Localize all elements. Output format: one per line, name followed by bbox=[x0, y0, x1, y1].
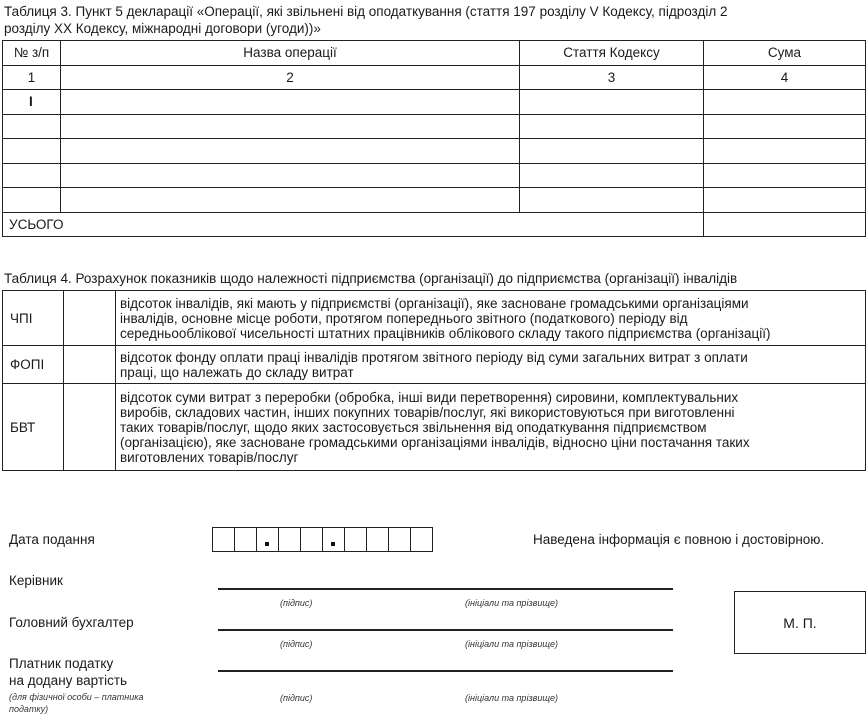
table3-caption-text: . Пункт 5 декларації «Операції, які звіл… bbox=[68, 4, 727, 19]
signatory-role-taxpayer-line1: Платник податку bbox=[9, 656, 113, 671]
indicator-code: ЧПІ bbox=[3, 291, 64, 346]
table-row: I bbox=[3, 90, 866, 115]
table4-caption: Таблиця 4. Розрахунок показників щодо на… bbox=[4, 270, 737, 287]
date-input-grid bbox=[212, 527, 433, 552]
date-cell[interactable] bbox=[301, 528, 323, 551]
description-line: (організацією), яке засноване громадськи… bbox=[120, 435, 865, 450]
cell-number[interactable] bbox=[3, 163, 61, 188]
header-amount: Сума bbox=[704, 41, 866, 66]
cell-operation-name[interactable] bbox=[61, 90, 520, 115]
total-amount[interactable] bbox=[704, 212, 866, 237]
date-cell[interactable] bbox=[345, 528, 367, 551]
name-hint: (ініціали та прізвище) bbox=[465, 693, 558, 703]
cell-code-article[interactable] bbox=[520, 139, 704, 164]
cell-amount[interactable] bbox=[704, 188, 866, 213]
name-hint: (ініціали та прізвище) bbox=[465, 639, 558, 649]
accuracy-statement: Наведена інформація є повною і достовірн… bbox=[533, 532, 824, 547]
table-row bbox=[3, 163, 866, 188]
cell-amount[interactable] bbox=[704, 163, 866, 188]
table4: ЧПІ відсоток інвалідів, які мають у підп… bbox=[2, 290, 866, 471]
indicator-description: відсоток фонду оплати праці інвалідів пр… bbox=[116, 346, 866, 384]
cell-operation-name[interactable] bbox=[61, 188, 520, 213]
taxpayer-note-line2: податку) bbox=[9, 704, 48, 714]
signature-line-director[interactable] bbox=[218, 588, 673, 590]
date-cell[interactable] bbox=[213, 528, 235, 551]
cell-code-article[interactable] bbox=[520, 90, 704, 115]
date-cell[interactable] bbox=[411, 528, 433, 551]
column-number-4: 4 bbox=[704, 65, 866, 90]
table3-column-numbers-row: 1 2 3 4 bbox=[3, 65, 866, 90]
date-cell[interactable] bbox=[389, 528, 411, 551]
description-line: таких товарів/послуг, щодо яких застосов… bbox=[120, 420, 865, 435]
signature-hint: (підпис) bbox=[280, 598, 312, 608]
signature-line-accountant[interactable] bbox=[218, 629, 673, 631]
header-number: № з/п bbox=[3, 41, 61, 66]
cell-amount[interactable] bbox=[704, 114, 866, 139]
table3-total-row: УСЬОГО bbox=[3, 212, 866, 237]
table3-caption-line2: розділу XX Кодексу, міжнародні договори … bbox=[4, 20, 321, 37]
signatory-role-accountant: Головний бухгалтер bbox=[9, 615, 134, 630]
cell-operation-name[interactable] bbox=[61, 114, 520, 139]
description-line: відсоток фонду оплати праці інвалідів пр… bbox=[120, 350, 865, 365]
column-number-3: 3 bbox=[520, 65, 704, 90]
cell-operation-name[interactable] bbox=[61, 139, 520, 164]
total-label: УСЬОГО bbox=[3, 212, 704, 237]
description-line: відсоток суми витрат з переробки (обробк… bbox=[120, 390, 865, 405]
table3-caption-prefix: Таблиця 3 bbox=[4, 4, 68, 19]
cell-code-article[interactable] bbox=[520, 114, 704, 139]
description-line: праці, що належать до складу витрат bbox=[120, 365, 865, 380]
table3-header-row: № з/п Назва операції Стаття Кодексу Сума bbox=[3, 41, 866, 66]
signatory-role-director: Керівник bbox=[9, 573, 63, 588]
indicator-value[interactable] bbox=[64, 291, 116, 346]
date-cell[interactable] bbox=[367, 528, 389, 551]
dot-separator-icon bbox=[331, 542, 335, 546]
cell-amount[interactable] bbox=[704, 139, 866, 164]
header-code-article: Стаття Кодексу bbox=[520, 41, 704, 66]
indicator-description: відсоток суми витрат з переробки (обробк… bbox=[116, 384, 866, 471]
signature-hint: (підпис) bbox=[280, 639, 312, 649]
cell-number[interactable] bbox=[3, 139, 61, 164]
column-number-2: 2 bbox=[61, 65, 520, 90]
indicator-value[interactable] bbox=[64, 346, 116, 384]
cell-number[interactable]: I bbox=[3, 90, 61, 115]
name-hint: (ініціали та прізвище) bbox=[465, 598, 558, 608]
description-line: виробів, складових частин, інших покупни… bbox=[120, 405, 865, 420]
dot-separator-icon bbox=[265, 542, 269, 546]
taxpayer-note-line1: (для фізичної особи – платника bbox=[9, 692, 144, 702]
description-line: відсоток інвалідів, які мають у підприєм… bbox=[120, 296, 865, 311]
indicator-code: ФОПІ bbox=[3, 346, 64, 384]
table-row bbox=[3, 114, 866, 139]
cell-code-article[interactable] bbox=[520, 188, 704, 213]
table3: № з/п Назва операції Стаття Кодексу Сума… bbox=[2, 40, 866, 237]
indicator-row-chpi: ЧПІ відсоток інвалідів, які мають у підп… bbox=[3, 291, 866, 346]
column-number-1: 1 bbox=[3, 65, 61, 90]
indicator-code: БВТ bbox=[3, 384, 64, 471]
date-separator-cell bbox=[323, 528, 345, 551]
cell-number[interactable] bbox=[3, 114, 61, 139]
stamp-label: М. П. bbox=[783, 615, 816, 631]
signatory-role-taxpayer-line2: на додану вартість bbox=[9, 673, 127, 688]
table-row bbox=[3, 139, 866, 164]
table-row bbox=[3, 188, 866, 213]
date-cell[interactable] bbox=[279, 528, 301, 551]
signature-hint: (підпис) bbox=[280, 693, 312, 703]
table3-caption: Таблиця 3. Пункт 5 декларації «Операції,… bbox=[4, 3, 727, 20]
description-line: інвалідів, основне місце роботи, протяго… bbox=[120, 311, 865, 326]
indicator-row-fopi: ФОПІ відсоток фонду оплати праці інвалід… bbox=[3, 346, 866, 384]
date-cell[interactable] bbox=[235, 528, 257, 551]
stamp-box: М. П. bbox=[734, 591, 866, 654]
cell-amount[interactable] bbox=[704, 90, 866, 115]
description-line: виготовлених товарів/послуг bbox=[120, 450, 865, 465]
date-label: Дата подання bbox=[9, 532, 95, 547]
signature-line-taxpayer[interactable] bbox=[218, 670, 673, 672]
description-line: середньооблікової чисельності штатних пр… bbox=[120, 326, 865, 341]
table4-caption-text: . Розрахунок показників щодо належності … bbox=[68, 271, 737, 286]
indicator-description: відсоток інвалідів, які мають у підприєм… bbox=[116, 291, 866, 346]
indicator-value[interactable] bbox=[64, 384, 116, 471]
cell-code-article[interactable] bbox=[520, 163, 704, 188]
cell-number[interactable] bbox=[3, 188, 61, 213]
date-separator-cell bbox=[257, 528, 279, 551]
cell-operation-name[interactable] bbox=[61, 163, 520, 188]
indicator-row-bvt: БВТ відсоток суми витрат з переробки (об… bbox=[3, 384, 866, 471]
table4-caption-prefix: Таблиця 4 bbox=[4, 271, 68, 286]
header-operation-name: Назва операції bbox=[61, 41, 520, 66]
